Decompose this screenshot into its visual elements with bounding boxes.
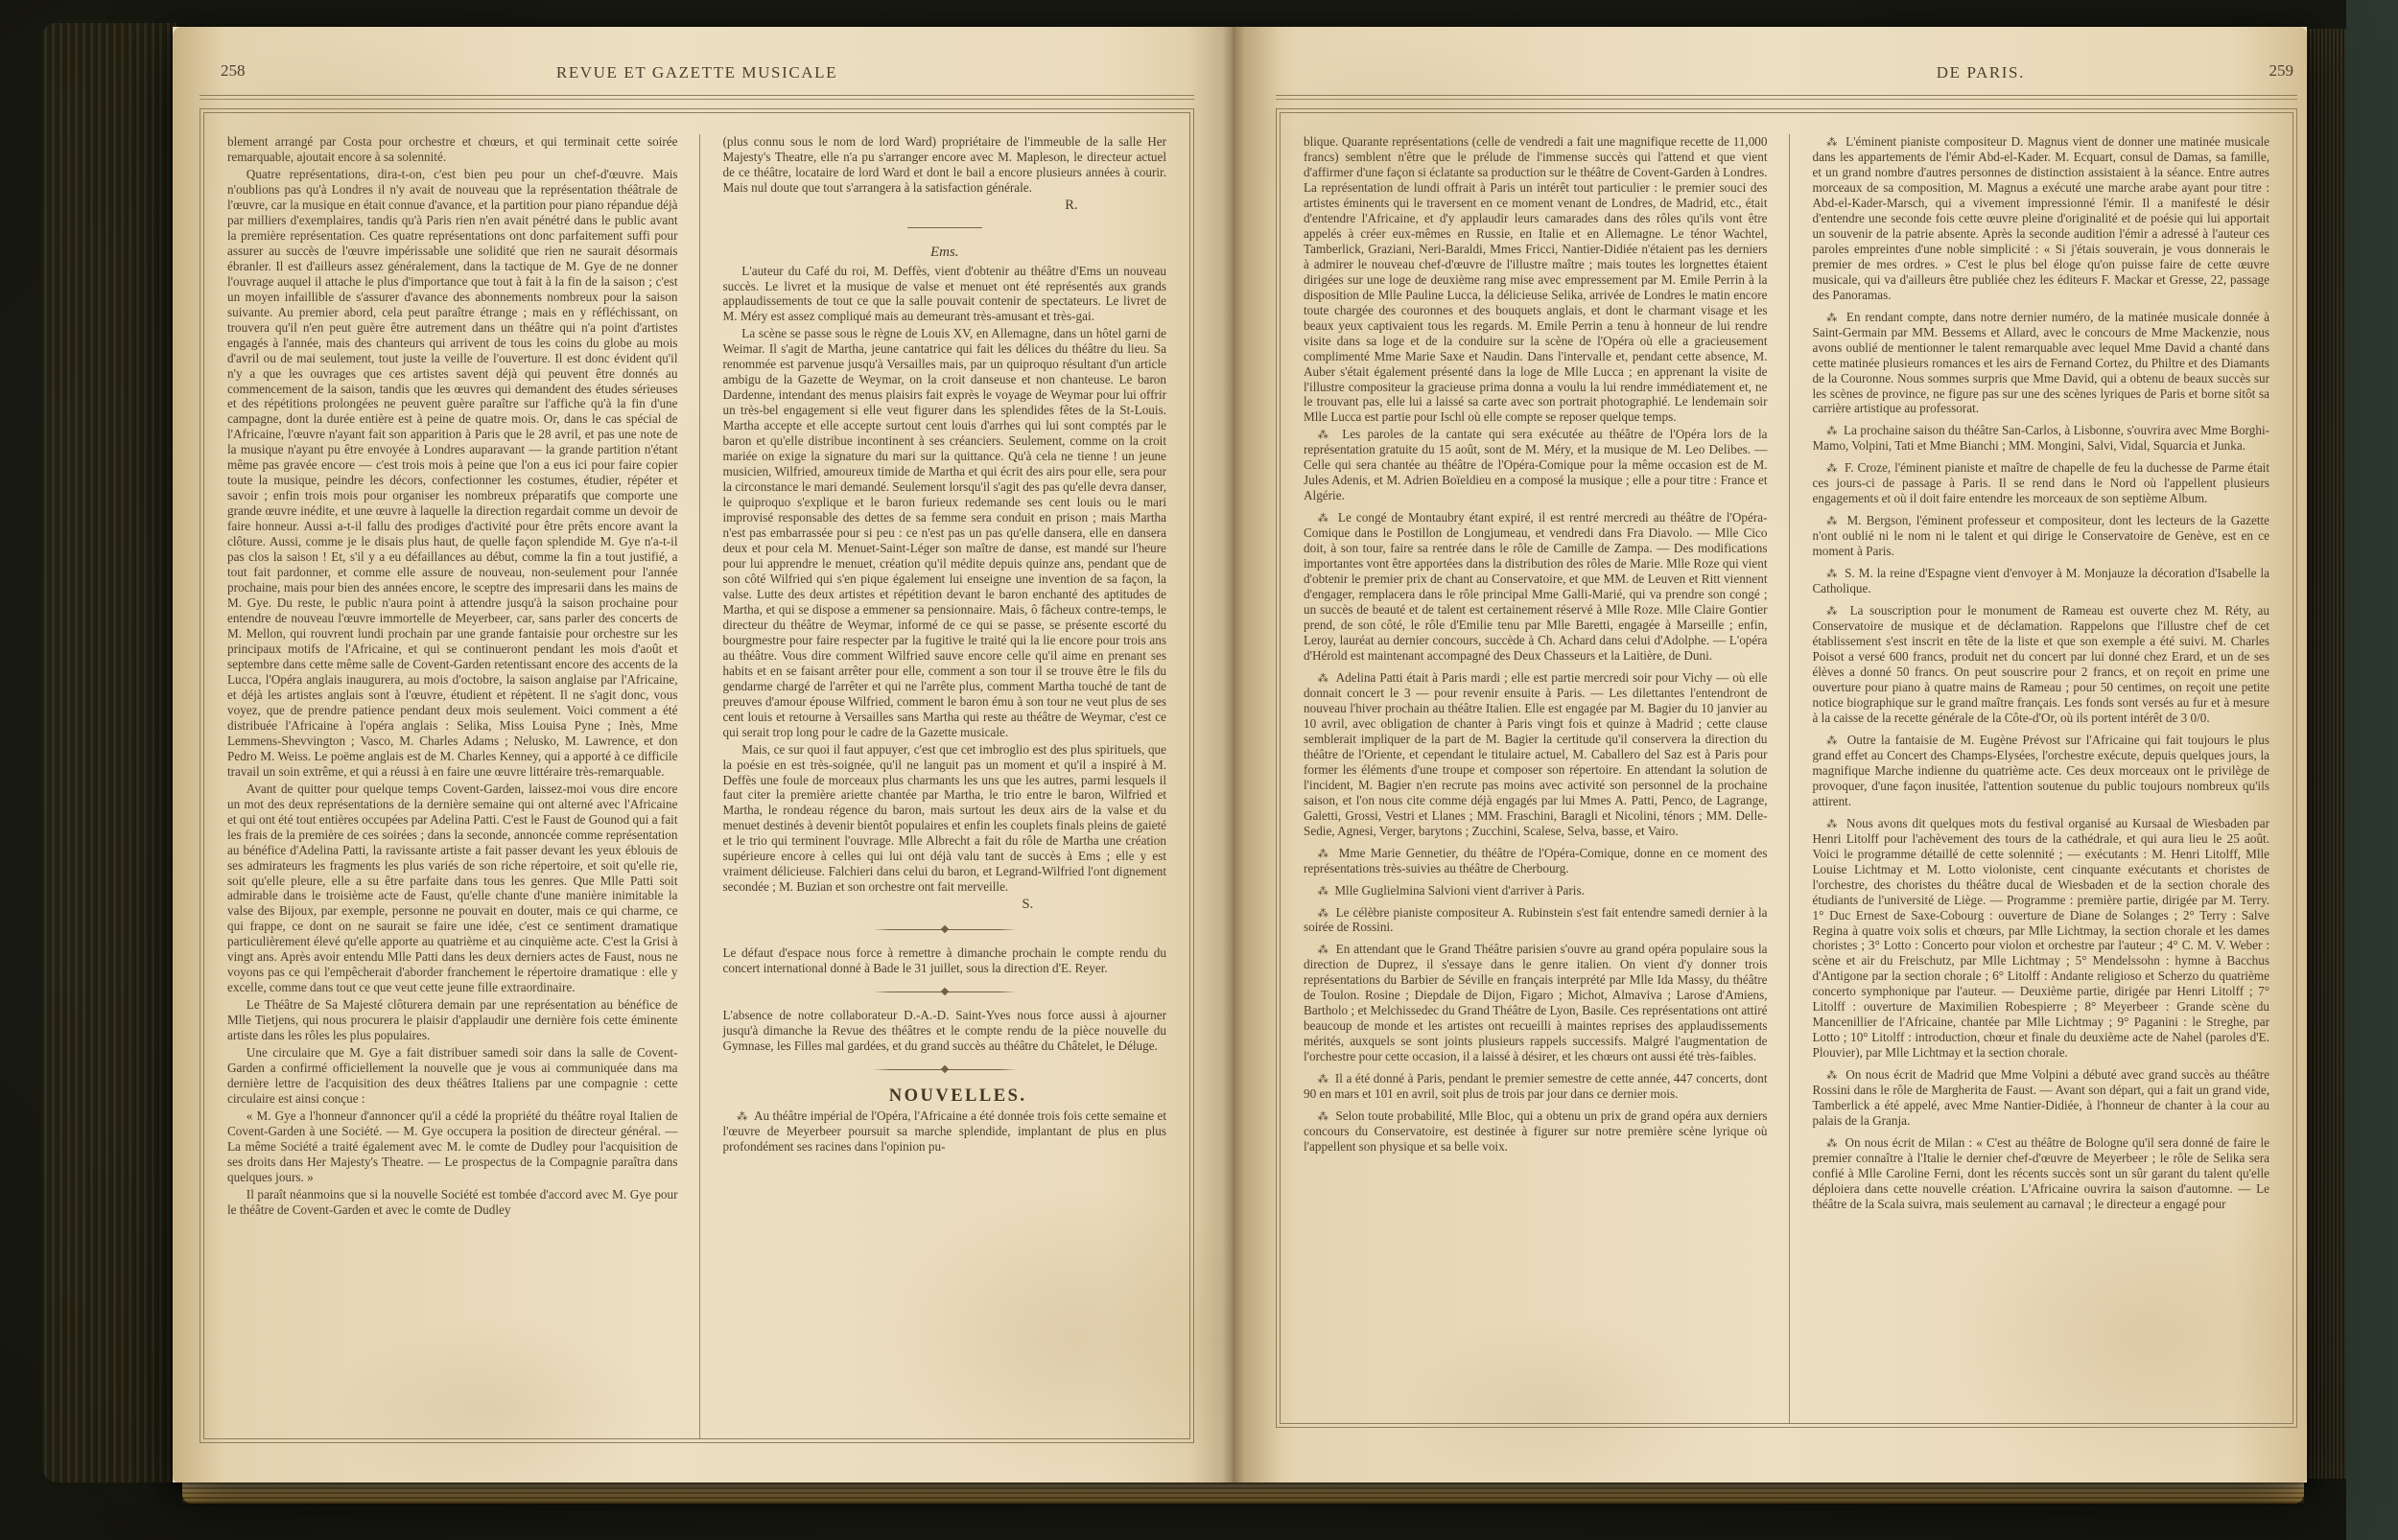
asterism-icon: ⁂: [1826, 424, 1838, 437]
news-item: ⁂ F. Croze, l'éminent pianiste et maître…: [1813, 460, 2270, 506]
text-frame-left: blement arrangé par Costa pour orchestre…: [200, 108, 1194, 1443]
asterism-icon: ⁂: [1318, 671, 1329, 685]
section-title-ems: Ems.: [723, 244, 1167, 261]
asterism-icon: ⁂: [737, 1109, 748, 1123]
running-title-right: DE PARIS.: [1937, 63, 2025, 82]
article-paragraph: Avant de quitter pour quelque temps Cove…: [227, 782, 678, 996]
signature-r: R.: [723, 198, 1167, 215]
news-item: ⁂ En rendant compte, dans notre dernier …: [1813, 310, 2270, 417]
asterism-icon: ⁂: [1826, 135, 1839, 149]
article-paragraph: Une circulaire que M. Gye a fait distrib…: [227, 1045, 678, 1107]
marbled-cover: [2346, 0, 2398, 1540]
news-item: ⁂ Le congé de Montaubry étant expiré, il…: [1304, 510, 1768, 664]
page-header-left: 258 REVUE ET GAZETTE MUSICALE: [200, 56, 1194, 90]
article-paragraph: blement arrangé par Costa pour orchestre…: [227, 134, 678, 165]
page-left: 258 REVUE ET GAZETTE MUSICALE blement ar…: [173, 27, 1233, 1482]
asterism-icon: ⁂: [1318, 511, 1330, 525]
asterism-icon: ⁂: [1826, 604, 1841, 618]
news-item: ⁂ On nous écrit de Madrid que Mme Volpin…: [1813, 1067, 2270, 1129]
news-item: ⁂ Le célèbre pianiste compositeur A. Rub…: [1304, 905, 1768, 936]
asterism-icon: ⁂: [1826, 734, 1839, 747]
article-paragraph: Il paraît néanmoins que si la nouvelle S…: [227, 1187, 678, 1218]
news-item: ⁂ Adelina Patti était à Paris mardi ; el…: [1304, 670, 1768, 839]
news-item: ⁂ Mme Marie Gennetier, du théâtre de l'O…: [1304, 846, 1768, 876]
news-item: ⁂ En attendant que le Grand Théâtre pari…: [1304, 942, 1768, 1064]
asterism-icon: ⁂: [1318, 884, 1329, 898]
text-frame-right: blique. Quarante représentations (celle …: [1276, 108, 2297, 1428]
news-item: ⁂ On nous écrit de Milan : « C'est au th…: [1813, 1135, 2270, 1212]
asterism-icon: ⁂: [1826, 461, 1838, 475]
diamond-rule: [873, 992, 1017, 992]
left-page-column-2: (plus connu sous le nom de lord Ward) pr…: [699, 134, 1171, 1438]
news-item: ⁂ Selon toute probabilité, Mlle Bloc, qu…: [1304, 1108, 1768, 1155]
asterism-icon: ⁂: [1826, 514, 1839, 527]
news-item: ⁂ Au théâtre impérial de l'Opéra, l'Afri…: [723, 1108, 1167, 1155]
editor-note: Le défaut d'espace nous force à remettre…: [723, 945, 1167, 976]
diamond-rule: [873, 929, 1017, 930]
signature-s: S.: [723, 897, 1167, 914]
column-continuation: (plus connu sous le nom de lord Ward) pr…: [723, 134, 1167, 196]
asterism-icon: ⁂: [1826, 567, 1838, 580]
book-spread: 258 REVUE ET GAZETTE MUSICALE blement ar…: [173, 27, 2307, 1482]
article-paragraph: (plus connu sous le nom de lord Ward) pr…: [723, 134, 1167, 196]
diamond-rule: [873, 1069, 1017, 1070]
asterism-icon: ⁂: [1318, 1109, 1329, 1123]
header-rule: [1276, 95, 2297, 100]
news-item: ⁂ M. Bergson, l'éminent professeur et co…: [1813, 513, 2270, 559]
article-paragraph: L'auteur du Café du roi, M. Deffès, vien…: [723, 264, 1167, 325]
page-number-right: 259: [2269, 61, 2294, 81]
article-paragraph: « M. Gye a l'honneur d'annoncer qu'il a …: [227, 1108, 678, 1185]
note-paragraph: Le défaut d'espace nous force à remettre…: [723, 945, 1167, 976]
book-page-edges-bottom: [182, 1482, 2304, 1504]
asterism-icon: ⁂: [1318, 943, 1329, 956]
article-paragraph: Le Théâtre de Sa Majesté clôturera demai…: [227, 997, 678, 1043]
page-header-right: DE PARIS. 259: [1276, 56, 2297, 90]
asterism-icon: ⁂: [1318, 906, 1329, 920]
article-paragraph: Quatre représentations, dira-t-on, c'est…: [227, 167, 678, 780]
news-item: ⁂ Il a été donné à Paris, pendant le pre…: [1304, 1071, 1768, 1102]
news-item: ⁂ La souscription pour le monument de Ra…: [1813, 603, 2270, 726]
photo-background: 258 REVUE ET GAZETTE MUSICALE blement ar…: [0, 0, 2398, 1540]
asterism-icon: ⁂: [1826, 1068, 1839, 1082]
news-item: ⁂ Outre la fantaisie de M. Eugène Prévos…: [1813, 733, 2270, 809]
news-item: ⁂ Mlle Guglielmina Salvioni vient d'arri…: [1304, 883, 1768, 898]
section-title-nouvelles: NOUVELLES.: [723, 1085, 1167, 1107]
running-title-left: REVUE ET GAZETTE MUSICALE: [556, 63, 837, 82]
news-list: ⁂ L'éminent pianiste compositeur D. Magn…: [1813, 134, 2270, 1212]
asterism-icon: ⁂: [1826, 817, 1839, 830]
asterism-icon: ⁂: [1318, 428, 1332, 441]
right-page-column-1: blique. Quarante représentations (celle …: [1304, 134, 1789, 1423]
left-page-column-1: blement arrangé par Costa pour orchestre…: [227, 134, 699, 1438]
news-item: ⁂ L'éminent pianiste compositeur D. Magn…: [1813, 134, 2270, 303]
news-item: ⁂ Les paroles de la cantate qui sera exé…: [1304, 427, 1768, 503]
asterism-icon: ⁂: [1826, 311, 1839, 324]
asterism-icon: ⁂: [1826, 1136, 1838, 1150]
header-rule: [200, 95, 1194, 100]
asterism-icon: ⁂: [1318, 1072, 1329, 1085]
note-paragraph: L'absence de notre collaborateur D.-A.-D…: [723, 1008, 1167, 1054]
section-rule: [907, 227, 982, 228]
news-list: ⁂ Au théâtre impérial de l'Opéra, l'Afri…: [723, 1108, 1167, 1155]
book-page-edges-left: [42, 23, 176, 1482]
column-continuation: blique. Quarante représentations (celle …: [1304, 134, 1768, 425]
page-number-left: 258: [221, 61, 246, 81]
news-item: ⁂ S. M. la reine d'Espagne vient d'envoy…: [1813, 566, 2270, 596]
news-item: ⁂ La prochaine saison du théâtre San-Car…: [1813, 423, 2270, 454]
news-list: ⁂ Les paroles de la cantate qui sera exé…: [1304, 427, 1768, 1155]
right-page-column-2: ⁂ L'éminent pianiste compositeur D. Magn…: [1789, 134, 2274, 1423]
article-paragraph: Mais, ce sur quoi il faut appuyer, c'est…: [723, 742, 1167, 896]
editor-note: L'absence de notre collaborateur D.-A.-D…: [723, 1008, 1167, 1054]
asterism-icon: ⁂: [1318, 847, 1331, 860]
ems-article: L'auteur du Café du roi, M. Deffès, vien…: [723, 264, 1167, 896]
news-item: ⁂ Nous avons dit quelques mots du festiv…: [1813, 816, 2270, 1062]
article-paragraph: La scène se passe sous le règne de Louis…: [723, 326, 1167, 739]
page-right: DE PARIS. 259 blique. Quarante représent…: [1233, 27, 2307, 1482]
